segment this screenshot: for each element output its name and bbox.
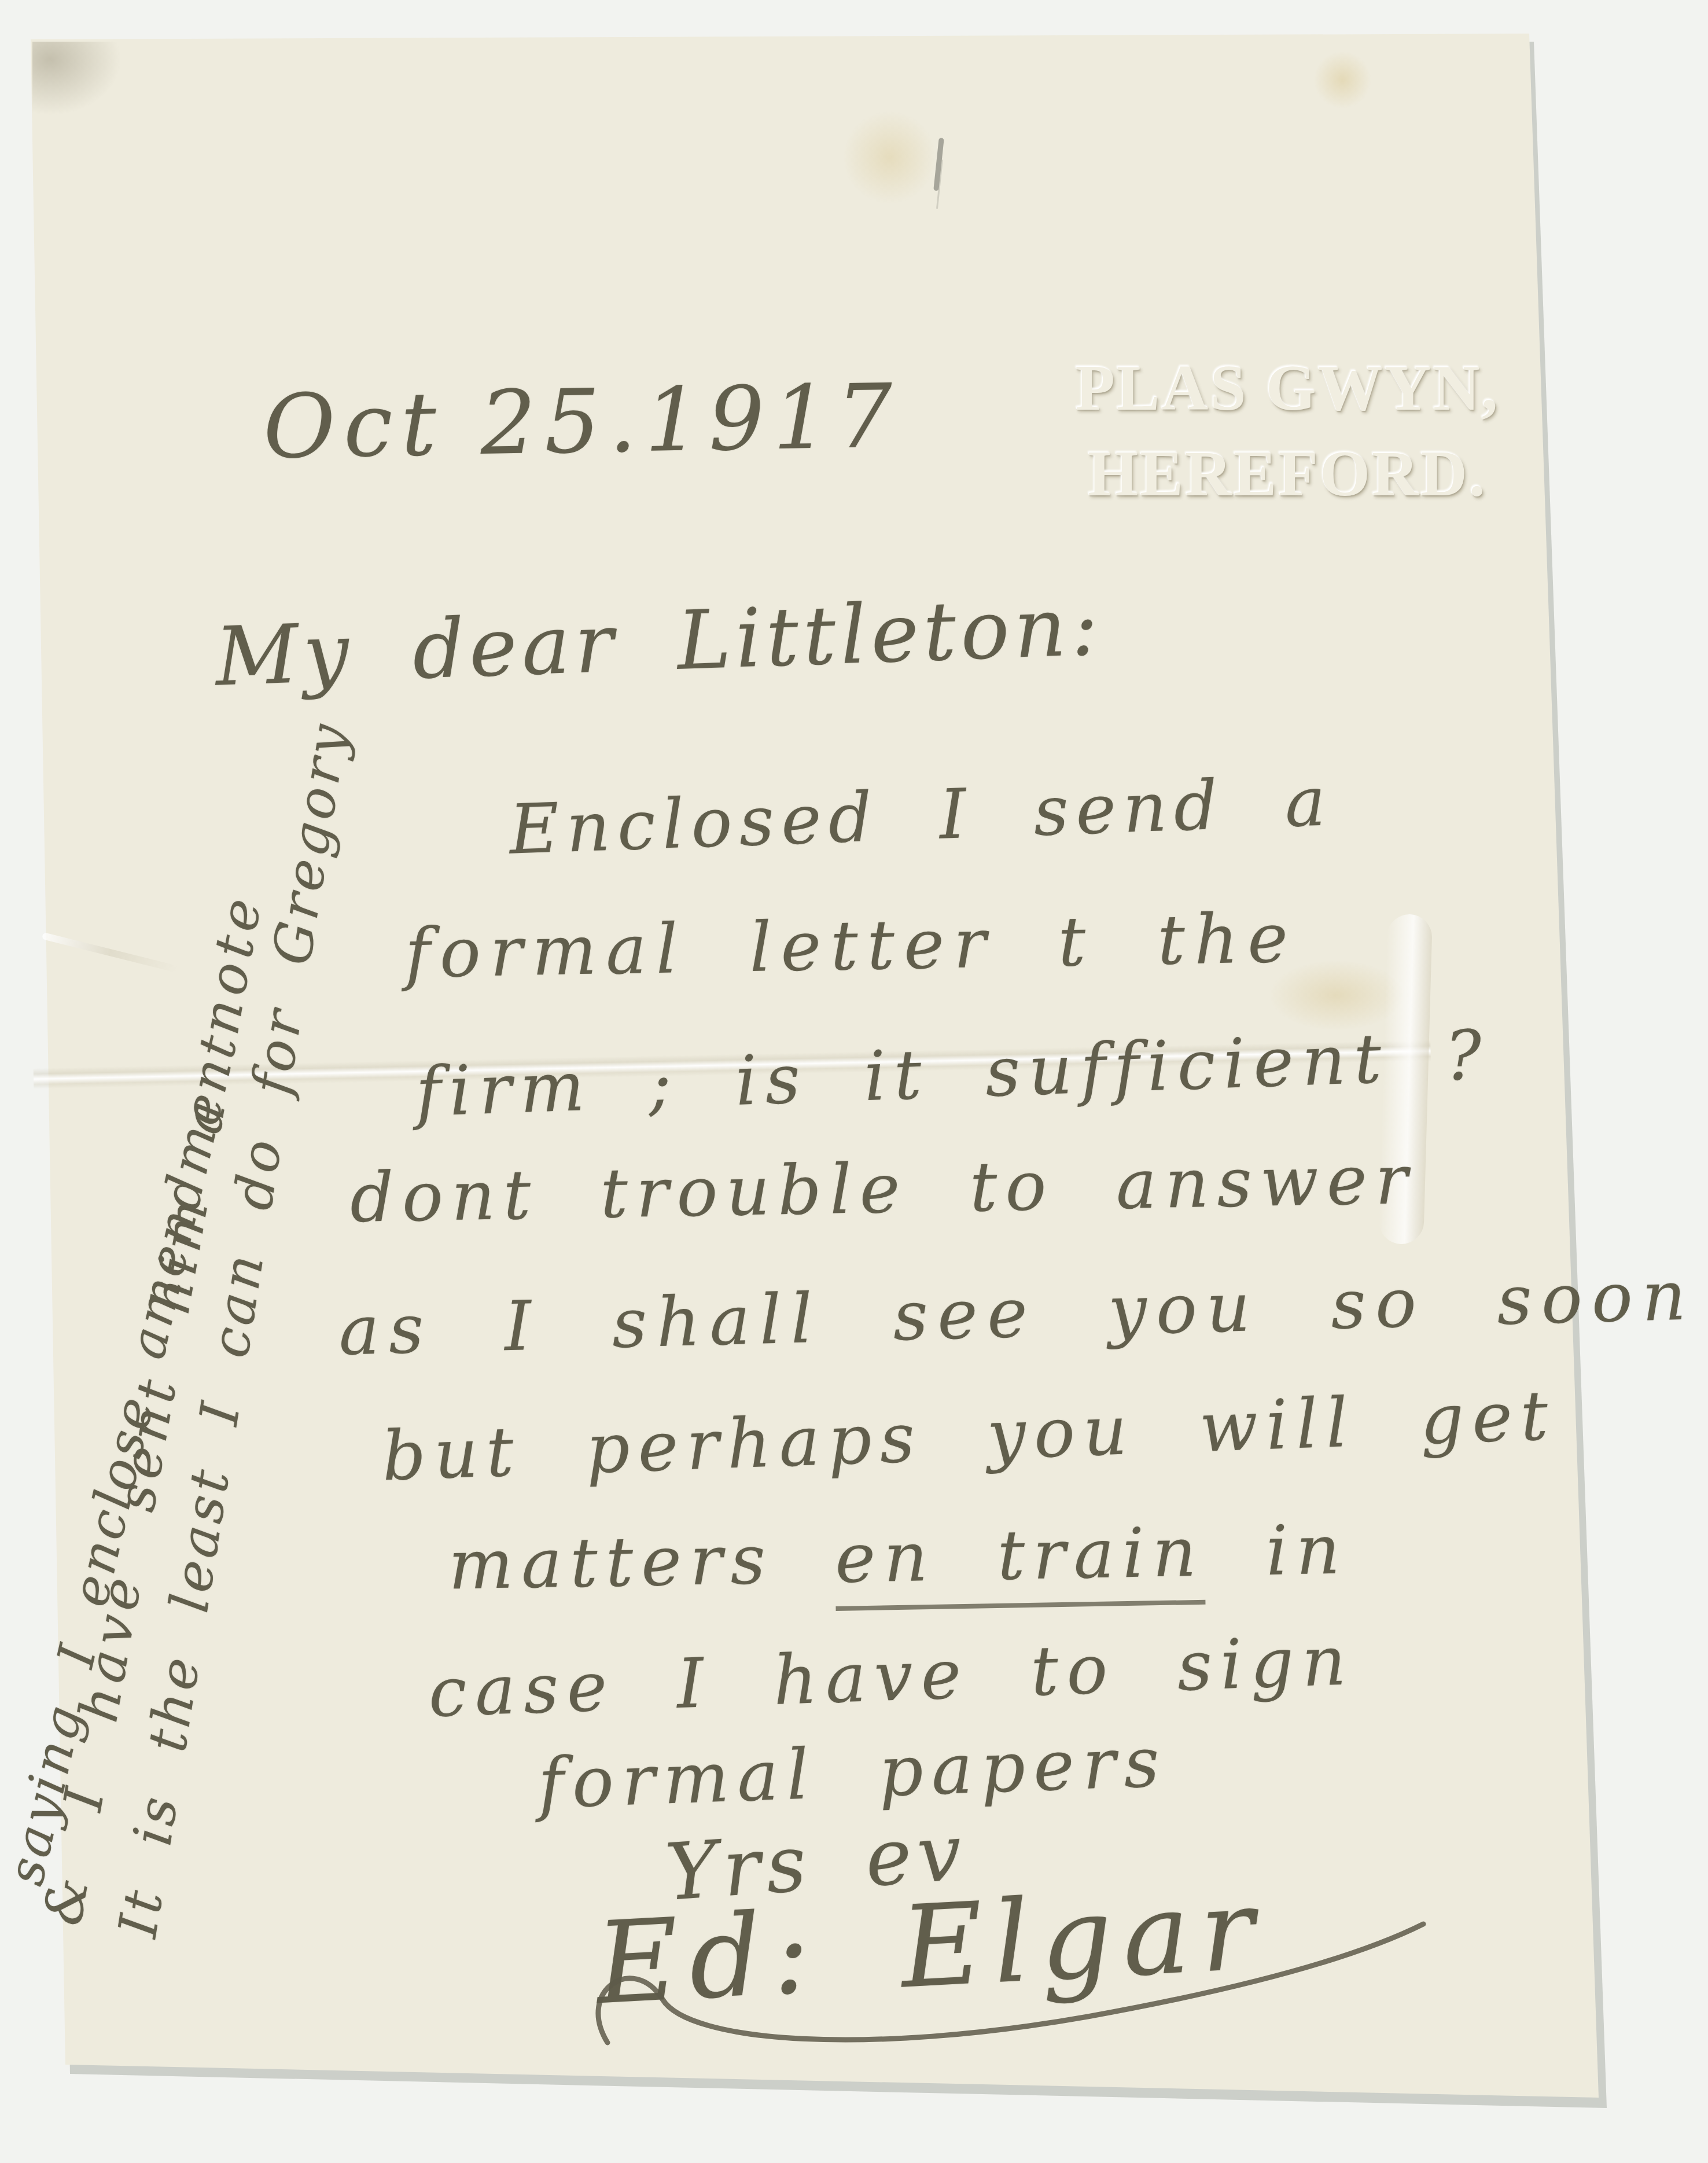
scanned-letter: PLAS GWYN, HEREFORD. Oct 25.1917 My dear… xyxy=(0,0,1708,2163)
stain-top-center xyxy=(842,111,937,204)
body-line-7-pre: matters xyxy=(448,1518,836,1605)
underlined-phrase: en train xyxy=(834,1512,1205,1611)
letterhead-line2: HEREFORD. xyxy=(1059,432,1516,517)
signature-flourish-stroke xyxy=(598,1924,1423,2043)
body-line-2: formal letter t the xyxy=(404,898,1298,994)
date-line: Oct 25.1917 xyxy=(263,365,902,478)
body-line-7: matters en train in xyxy=(448,1509,1349,1605)
embossed-letterhead: PLAS GWYN, HEREFORD. xyxy=(1059,346,1516,517)
letterhead-line1: PLAS GWYN, xyxy=(1059,346,1516,432)
body-line-7-post: in xyxy=(1203,1509,1349,1591)
stain-top-right xyxy=(1313,51,1371,109)
corner-smudge xyxy=(32,42,131,123)
signature-flourish xyxy=(567,1898,1458,2083)
